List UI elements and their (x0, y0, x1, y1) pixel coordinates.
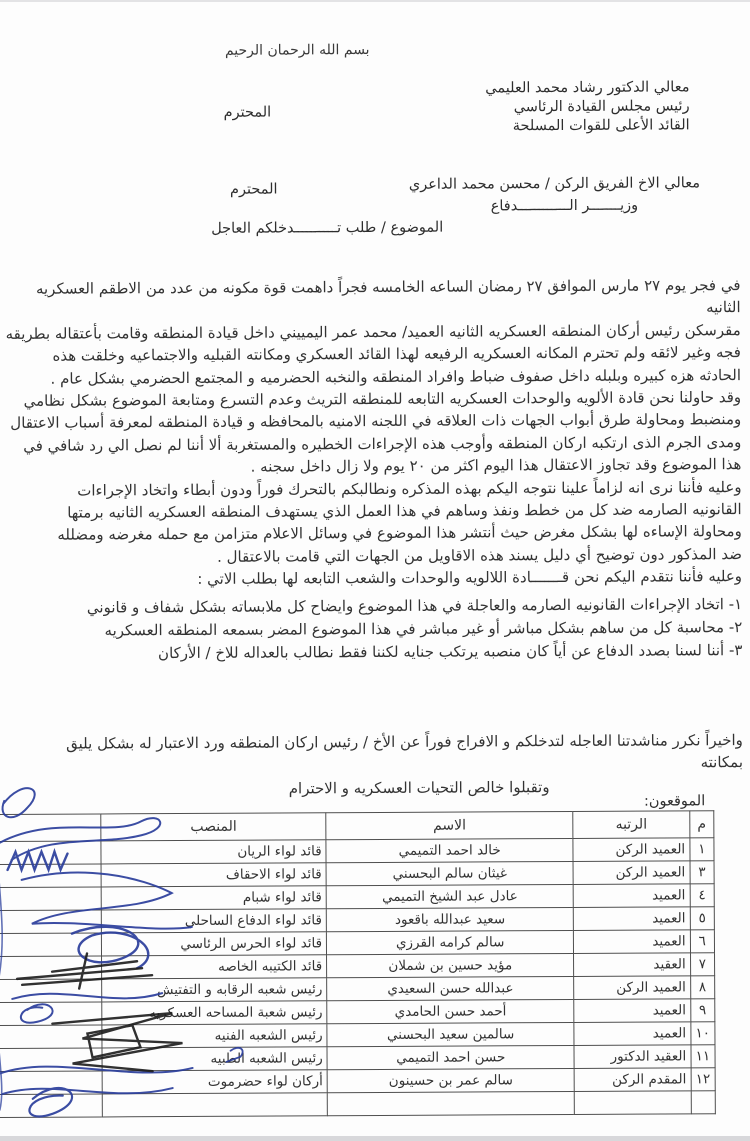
demand-item: ٣- أننا لسنا بصدد الدفاع عن أياً كان منص… (4, 639, 742, 666)
addressee-primary-title1: رئيس مجلس القيادة الرئاسي (485, 97, 689, 117)
cell-signature (0, 1025, 102, 1049)
closing-block: واخيراً نكرر مناشدتنا العاجله لتدخلكم و … (5, 729, 743, 801)
closing-line: بمكانته (5, 751, 743, 777)
cell-rank: العميد (574, 907, 691, 931)
demand-item: ٢- محاسبة كل من ساهم بشكل مباشر أو غير م… (4, 616, 742, 643)
cell-signature (0, 956, 102, 980)
letter-content: بسم الله الرحمان الرحيم معالي الدكتور رش… (0, 0, 750, 1141)
signatory-row (0, 1091, 715, 1118)
addressee-primary-name: معالي الدكتور رشاد محمد العليمي (485, 78, 689, 98)
cell-signature (0, 1002, 102, 1026)
cell-position (103, 1093, 328, 1117)
cell-num: ٧ (690, 953, 714, 976)
cell-name: سالم كرامه القرزي (327, 930, 574, 954)
cell-name: أحمد حسن الحامدي (327, 999, 574, 1023)
cell-signature (0, 864, 101, 888)
subject-line: الموضوع / طلب تــــــــــدخلكم العاجل (211, 220, 443, 237)
body-line: وعليه فأننا نتقدم اليكم نحن قـــــــادة … (4, 565, 742, 591)
cell-name: عبدالله حسن السعيدي (327, 976, 574, 1000)
cell-name: عادل عبد الشيخ التميمي (326, 884, 573, 908)
cell-position: رئيس شعبه الرقابه و التفتيش (102, 978, 327, 1002)
cell-signature (0, 841, 101, 865)
letter-body: في فجر يوم ٢٧ مارس الموافق ٢٧ رمضان السا… (2, 274, 742, 666)
cell-num: ١ (690, 838, 714, 861)
cell-rank: العقيد الدكتور (574, 1045, 691, 1069)
cell-name: خالد احمد التميمي (326, 838, 573, 862)
cell-signature (0, 933, 102, 957)
demands-list: ١- اتخاد الإجراءات القانونيه الصارمه وال… (4, 593, 742, 666)
honorific-secondary: المحترم (230, 182, 278, 198)
signatories-label: الموقعون: (644, 793, 705, 809)
cell-rank: المقدم الركن (574, 1068, 691, 1092)
addressee-primary-title2: القائد الأعلى للقوات المسلحة (485, 116, 689, 136)
cell-rank: العميد الركن (573, 838, 690, 862)
cell-name: غيثان سالم البحسني (326, 861, 573, 885)
cell-rank: العميد (574, 999, 691, 1023)
cell-num: ٣ (690, 861, 714, 884)
cell-signature (0, 1071, 103, 1095)
cell-rank (574, 1091, 691, 1115)
cell-num: ١٠ (691, 1022, 715, 1045)
cell-rank: العميد (574, 1022, 691, 1046)
header-position: المنصب (101, 813, 326, 841)
cell-position: قائد لواء الريان (101, 840, 326, 864)
cell-signature (0, 887, 102, 911)
cell-num: ٩ (690, 999, 714, 1022)
cell-name: مؤيد حسين بن شملان (327, 953, 574, 977)
addressee-secondary-name: معالي الاخ الفريق الركن / محسن محمد الدا… (409, 175, 700, 193)
cell-rank: العقيد (574, 953, 691, 977)
cell-signature (0, 979, 102, 1003)
demand-item: ١- اتخاد الإجراءات القانونيه الصارمه وال… (4, 593, 742, 620)
cell-position: أركان لواء حضرموت (102, 1070, 327, 1094)
cell-num: ٦ (690, 930, 714, 953)
header-rank: الرتبه (573, 811, 690, 839)
salutation-line: وتقبلوا خالص التحيات العسكريه و الاحترام (5, 775, 743, 801)
cell-position: رئيس شعبة المساحه العسكريه (102, 1001, 327, 1025)
cell-rank: العميد الركن (574, 976, 691, 1000)
scan-edge-bottom (0, 1136, 750, 1141)
cell-name: حسن احمد التميمي (327, 1045, 574, 1069)
header-name: الاسم (326, 811, 573, 839)
cell-name: سالمين سعيد البحسني (327, 1022, 574, 1046)
honorific-primary: المحترم (224, 105, 272, 121)
cell-num: ٤ (690, 884, 714, 907)
cell-signature (0, 1048, 102, 1072)
cell-position: قائد لواء شبام (101, 886, 326, 910)
cell-position: قائد لواء الاحقاف (101, 863, 326, 887)
addressee-secondary-title: وزيـــــــر الــــــــــــدفاع (491, 198, 639, 215)
cell-name: سعيد عبدالله باقعود (326, 907, 573, 931)
addressee-primary: معالي الدكتور رشاد محمد العليمي رئيس مجل… (485, 78, 689, 136)
cell-position: رئيس الشعبه الطبيه (102, 1047, 327, 1071)
body-line: فجه وغير لائقه ولم تحترم المكانه العسكري… (3, 341, 741, 367)
cell-position: رئيس الشعبه الفنيه (102, 1024, 327, 1048)
cell-num: ١٢ (691, 1068, 715, 1091)
cell-rank: العميد (574, 930, 691, 954)
closing-line: واخيراً نكرر مناشدتنا العاجله لتدخلكم و … (5, 729, 743, 755)
cell-rank: العميد الركن (573, 861, 690, 885)
cell-num: ٨ (690, 976, 714, 999)
header-signature (0, 814, 101, 842)
cell-signature (0, 1094, 103, 1118)
cell-position: قائد لواء الدفاع الساحلي (102, 909, 327, 933)
cell-signature (0, 910, 102, 934)
cell-num: ٥ (690, 907, 714, 930)
cell-rank: العميد (573, 884, 690, 908)
body-line: في فجر يوم ٢٧ مارس الموافق ٢٧ رمضان السا… (2, 274, 740, 300)
cell-position: قائد لواء الحرس الرئاسي (102, 932, 327, 956)
cell-num: ١١ (691, 1045, 715, 1068)
scanned-letter-page: بسم الله الرحمان الرحيم معالي الدكتور رش… (0, 0, 750, 1141)
cell-position: قائد الكتيبه الخاصه (102, 955, 327, 979)
cell-name (327, 1091, 574, 1115)
signatories-table: م الرتبه الاسم المنصب ١ العميد الركن خال… (0, 810, 716, 1118)
basmala-line: بسم الله الرحمان الرحيم (165, 42, 429, 59)
cell-name: سالم عمر بن حسينون (327, 1068, 574, 1092)
table-header-row: م الرتبه الاسم المنصب (0, 811, 714, 842)
header-num: م (689, 811, 713, 838)
cell-num (691, 1091, 715, 1114)
